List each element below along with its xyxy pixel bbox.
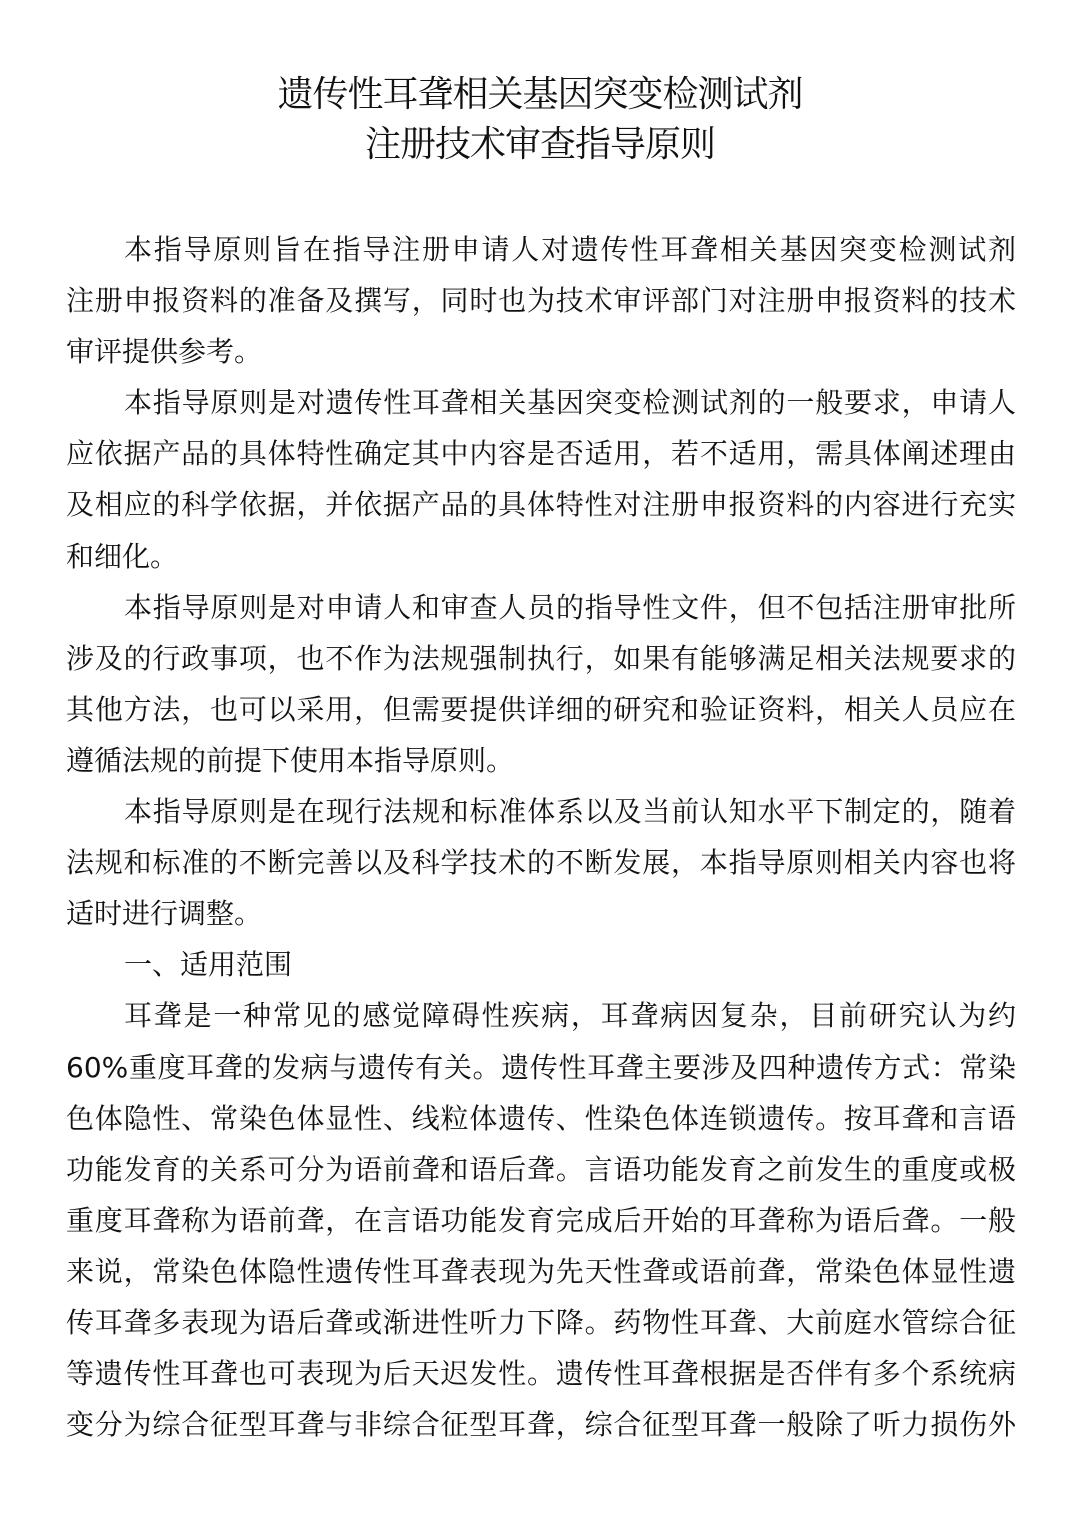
- body-text-line: 及相应的科学依据，并依据产品的具体特性对注册申报资料的内容进行充实: [66, 483, 1016, 534]
- body-text-line: 等遗传性耳聋也可表现为后天迟发性。遗传性耳聋根据是否伴有多个系统病: [66, 1352, 1016, 1403]
- body-text-line: 来说，常染色体隐性遗传性耳聋表现为先天性聋或语前聋，常染色体显性遗: [66, 1250, 1016, 1301]
- body-text-line: 注册申报资料的准备及撰写，同时也为技术审评部门对注册申报资料的技术: [66, 279, 1016, 330]
- body-text-line: 功能发育的关系可分为语前聋和语后聋。言语功能发育之前发生的重度或极: [66, 1148, 1016, 1199]
- body-text-line: 审评提供参考。: [66, 330, 1016, 381]
- document-body: 本指导原则旨在指导注册申请人对遗传性耳聋相关基因突变检测试剂注册申报资料的准备及…: [66, 228, 1016, 1454]
- body-text-line: 本指导原则旨在指导注册申请人对遗传性耳聋相关基因突变检测试剂: [66, 228, 1016, 279]
- body-text-line: 遵循法规的前提下使用本指导原则。: [66, 739, 1016, 790]
- body-text-line: 应依据产品的具体特性确定其中内容是否适用，若不适用，需具体阐述理由: [66, 432, 1016, 483]
- body-text-line: 色体隐性、常染色体显性、线粒体遗传、性染色体连锁遗传。按耳聋和言语: [66, 1097, 1016, 1148]
- body-text-line: 本指导原则是对申请人和审查人员的指导性文件，但不包括注册审批所: [66, 586, 1016, 637]
- body-text-line: 60%重度耳聋的发病与遗传有关。遗传性耳聋主要涉及四种遗传方式：常染: [66, 1046, 1016, 1097]
- document-page: 遗传性耳聋相关基因突变检测试剂 注册技术审查指导原则 本指导原则旨在指导注册申请…: [0, 0, 1080, 1527]
- section-heading: 一、适用范围: [66, 943, 1016, 994]
- title-line-1: 遗传性耳聋相关基因突变检测试剂: [0, 70, 1080, 120]
- document-title: 遗传性耳聋相关基因突变检测试剂 注册技术审查指导原则: [0, 70, 1080, 170]
- body-text-line: 变分为综合征型耳聋与非综合征型耳聋，综合征型耳聋一般除了听力损伤外: [66, 1403, 1016, 1454]
- body-text-line: 本指导原则是对遗传性耳聋相关基因突变检测试剂的一般要求，申请人: [66, 381, 1016, 432]
- body-text-line: 本指导原则是在现行法规和标准体系以及当前认知水平下制定的，随着: [66, 790, 1016, 841]
- body-text-line: 法规和标准的不断完善以及科学技术的不断发展，本指导原则相关内容也将: [66, 841, 1016, 892]
- title-line-2: 注册技术审查指导原则: [0, 120, 1080, 170]
- body-text-line: 传耳聋多表现为语后聋或渐进性听力下降。药物性耳聋、大前庭水管综合征: [66, 1301, 1016, 1352]
- body-text-line: 适时进行调整。: [66, 892, 1016, 943]
- body-text-line: 其他方法，也可以采用，但需要提供详细的研究和验证资料，相关人员应在: [66, 688, 1016, 739]
- body-text-line: 耳聋是一种常见的感觉障碍性疾病，耳聋病因复杂，目前研究认为约: [66, 994, 1016, 1045]
- body-text-line: 涉及的行政事项，也不作为法规强制执行，如果有能够满足相关法规要求的: [66, 637, 1016, 688]
- body-text-line: 重度耳聋称为语前聋，在言语功能发育完成后开始的耳聋称为语后聋。一般: [66, 1199, 1016, 1250]
- body-text-line: 和细化。: [66, 535, 1016, 586]
